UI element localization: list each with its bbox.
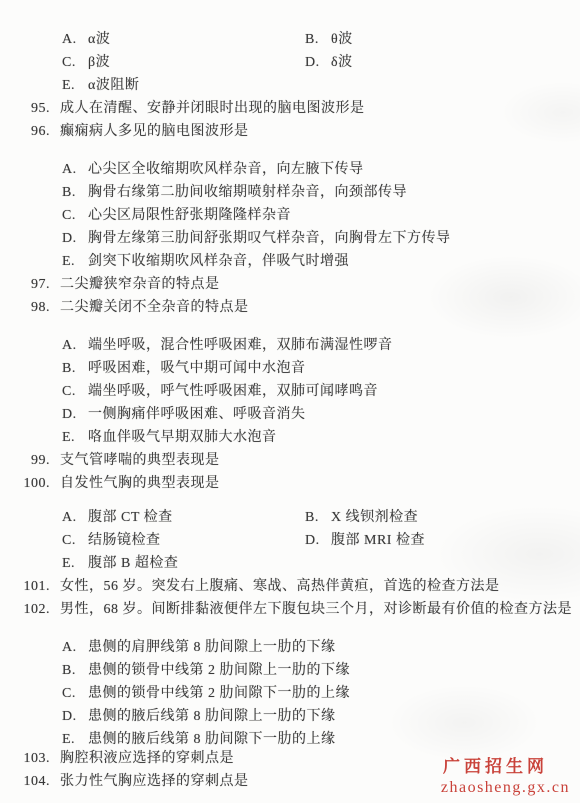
option-label: D. (62, 705, 88, 728)
option-label: D. (62, 227, 88, 250)
question-text: 癫痫病人多见的脑电图波形是 (60, 124, 249, 139)
option-row: A.α波 B.θ波 (0, 28, 580, 51)
option-a: A.端坐呼吸，混合性呼吸困难，双肺布满湿性啰音 (62, 338, 393, 353)
option-text: 患侧的腋后线第 8 肋间隙下一肋的上缘 (88, 732, 336, 747)
watermark-site-name: 广西招生网 (441, 756, 570, 777)
watermark-site-url: zhaosheng.gx.cn (441, 777, 570, 798)
option-text: 呼吸困难，吸气中期可闻中水泡音 (88, 361, 306, 376)
option-text: θ波 (331, 32, 353, 47)
option-text: 端坐呼吸，呼气性呼吸困难，双肺可闻哮鸣音 (88, 384, 378, 399)
option-a: A.患侧的肩胛线第 8 肋间隙上一肋的下缘 (62, 640, 336, 655)
option-label: A. (62, 334, 88, 357)
option-e: E.腹部 B 超检查 (62, 556, 178, 571)
option-d: D.患侧的腋后线第 8 肋间隙上一肋的下缘 (62, 709, 336, 724)
question-number: 99. (12, 449, 50, 472)
option-b: B.胸骨右缘第二肋间收缩期喷射样杂音，向颈部传导 (62, 185, 407, 200)
option-label: A. (62, 506, 88, 529)
option-group: A.心尖区全收缩期吹风样杂音，向左腋下传导 B.胸骨右缘第二肋间收缩期喷射样杂音… (0, 158, 580, 273)
question-number: 102. (12, 598, 50, 621)
option-row: A.端坐呼吸，混合性呼吸困难，双肺布满湿性啰音 (0, 334, 580, 357)
option-row: B.胸骨右缘第二肋间收缩期喷射样杂音，向颈部传导 (0, 181, 580, 204)
option-label: E. (62, 74, 88, 97)
option-label: B. (305, 28, 331, 51)
question-text: 男性，68 岁。间断排黏液便伴左下腹包块三个月，对诊断最有价值的检查方法是 (60, 602, 572, 617)
question-row: 96.癫痫病人多见的脑电图波形是 (0, 120, 580, 143)
option-label: B. (62, 357, 88, 380)
option-row: D.一侧胸痛伴呼吸困难、呼吸音消失 (0, 403, 580, 426)
option-text: 胸骨右缘第二肋间收缩期喷射样杂音，向颈部传导 (88, 185, 407, 200)
option-text: 患侧的肩胛线第 8 肋间隙上一肋的下缘 (88, 640, 336, 655)
option-text: 心尖区局限性舒张期隆隆样杂音 (88, 208, 291, 223)
option-text: 咯血伴吸气早期双肺大水泡音 (88, 430, 277, 445)
option-e: E.剑突下收缩期吹风样杂音，伴吸气时增强 (62, 254, 349, 269)
option-text: 心尖区全收缩期吹风样杂音，向左腋下传导 (88, 162, 364, 177)
question-row: 98.二尖瓣关闭不全杂音的特点是 (0, 296, 580, 319)
option-row: D.胸骨左缘第三肋间舒张期叹气样杂音，向胸骨左下方传导 (0, 227, 580, 250)
option-text: 腹部 MRI 检查 (331, 533, 425, 548)
question-number: 95. (12, 97, 50, 120)
question-number: 100. (12, 472, 50, 495)
option-label: C. (62, 380, 88, 403)
option-text: 胸骨左缘第三肋间舒张期叹气样杂音，向胸骨左下方传导 (88, 231, 451, 246)
option-c: C.β波 (62, 55, 110, 70)
option-row: C.心尖区局限性舒张期隆隆样杂音 (0, 204, 580, 227)
option-label: C. (62, 682, 88, 705)
option-c: C.患侧的锁骨中线第 2 肋间隙下一肋的上缘 (62, 686, 350, 701)
option-b: B.X 线钡剂检查 (305, 506, 418, 529)
question-row: 100.自发性气胸的典型表现是 (0, 472, 580, 495)
watermark: 广西招生网 zhaosheng.gx.cn (441, 756, 570, 798)
option-text: 腹部 CT 检查 (88, 510, 173, 525)
option-d: D.一侧胸痛伴呼吸困难、呼吸音消失 (62, 407, 306, 422)
question-text: 胸腔积液应选择的穿刺点是 (60, 751, 234, 766)
question-text: 二尖瓣关闭不全杂音的特点是 (60, 300, 249, 315)
exam-page-content: A.α波 B.θ波 C.β波 D.δ波 E.α波阻断 95.成人在清醒、安静并闭… (0, 0, 580, 803)
question-text: 女性，56 岁。突发右上腹痛、寒战、高热伴黄疸，首选的检查方法是 (60, 579, 500, 594)
option-label: B. (305, 506, 331, 529)
option-row: C.β波 D.δ波 (0, 51, 580, 74)
question-row: 99.支气管哮喘的典型表现是 (0, 449, 580, 472)
option-c: C.端坐呼吸，呼气性呼吸困难，双肺可闻哮鸣音 (62, 384, 378, 399)
question-number: 96. (12, 120, 50, 143)
option-row: D.患侧的腋后线第 8 肋间隙上一肋的下缘 (0, 705, 580, 728)
question-number: 101. (12, 575, 50, 598)
option-label: D. (305, 529, 331, 552)
option-label: B. (62, 659, 88, 682)
question-row: 102.男性，68 岁。间断排黏液便伴左下腹包块三个月，对诊断最有价值的检查方法… (0, 598, 580, 621)
option-a: A.心尖区全收缩期吹风样杂音，向左腋下传导 (62, 162, 364, 177)
option-label: B. (62, 181, 88, 204)
question-text: 成人在清醒、安静并闭眼时出现的脑电图波形是 (60, 101, 365, 116)
option-label: A. (62, 158, 88, 181)
option-row: B.呼吸困难，吸气中期可闻中水泡音 (0, 357, 580, 380)
option-e: E.咯血伴吸气早期双肺大水泡音 (62, 430, 277, 445)
option-label: A. (62, 636, 88, 659)
option-d: D.δ波 (305, 51, 353, 74)
option-label: E. (62, 426, 88, 449)
option-text: 腹部 B 超检查 (88, 556, 178, 571)
option-a: A.α波 (62, 32, 110, 47)
option-c: C.结肠镜检查 (62, 533, 161, 548)
option-e: E.α波阻断 (62, 78, 139, 93)
option-row: C.端坐呼吸，呼气性呼吸困难，双肺可闻哮鸣音 (0, 380, 580, 403)
option-group: A.α波 B.θ波 C.β波 D.δ波 E.α波阻断 (0, 28, 580, 97)
question-number: 97. (12, 273, 50, 296)
question-row: 95.成人在清醒、安静并闭眼时出现的脑电图波形是 (0, 97, 580, 120)
question-number: 98. (12, 296, 50, 319)
option-d: D.腹部 MRI 检查 (305, 529, 425, 552)
option-c: C.心尖区局限性舒张期隆隆样杂音 (62, 208, 291, 223)
option-b: B.患侧的锁骨中线第 2 肋间隙上一肋的下缘 (62, 663, 350, 678)
option-label: C. (62, 204, 88, 227)
question-number: 103. (12, 747, 50, 770)
option-label: A. (62, 28, 88, 51)
option-b: B.呼吸困难，吸气中期可闻中水泡音 (62, 361, 306, 376)
option-row: A.心尖区全收缩期吹风样杂音，向左腋下传导 (0, 158, 580, 181)
option-label: E. (62, 250, 88, 273)
question-number: 104. (12, 770, 50, 793)
option-text: 端坐呼吸，混合性呼吸困难，双肺布满湿性啰音 (88, 338, 393, 353)
option-row: A.腹部 CT 检查 B.X 线钡剂检查 (0, 506, 580, 529)
option-text: 剑突下收缩期吹风样杂音，伴吸气时增强 (88, 254, 349, 269)
option-group: A.端坐呼吸，混合性呼吸困难，双肺布满湿性啰音 B.呼吸困难，吸气中期可闻中水泡… (0, 334, 580, 449)
option-text: 患侧的锁骨中线第 2 肋间隙上一肋的下缘 (88, 663, 350, 678)
question-text: 张力性气胸应选择的穿刺点是 (60, 774, 249, 789)
option-row: A.患侧的肩胛线第 8 肋间隙上一肋的下缘 (0, 636, 580, 659)
question-row: 101.女性，56 岁。突发右上腹痛、寒战、高热伴黄疸，首选的检查方法是 (0, 575, 580, 598)
option-row: C.结肠镜检查 D.腹部 MRI 检查 (0, 529, 580, 552)
option-text: δ波 (331, 55, 353, 70)
option-text: 结肠镜检查 (88, 533, 161, 548)
option-row: B.患侧的锁骨中线第 2 肋间隙上一肋的下缘 (0, 659, 580, 682)
option-text: β波 (88, 55, 110, 70)
option-text: α波阻断 (88, 78, 139, 93)
option-b: B.θ波 (305, 28, 353, 51)
option-label: E. (62, 552, 88, 575)
option-d: D.胸骨左缘第三肋间舒张期叹气样杂音，向胸骨左下方传导 (62, 231, 451, 246)
option-row: E.腹部 B 超检查 (0, 552, 580, 575)
scanned-exam-page: { "blocks": [ { "options": [ { "label": … (0, 0, 580, 803)
option-row: C.患侧的锁骨中线第 2 肋间隙下一肋的上缘 (0, 682, 580, 705)
option-text: α波 (88, 32, 110, 47)
option-text: 患侧的腋后线第 8 肋间隙上一肋的下缘 (88, 709, 336, 724)
option-label: D. (305, 51, 331, 74)
option-row: E.α波阻断 (0, 74, 580, 97)
option-label: C. (62, 51, 88, 74)
question-text: 自发性气胸的典型表现是 (60, 476, 220, 491)
option-group: A.腹部 CT 检查 B.X 线钡剂检查 C.结肠镜检查 D.腹部 MRI 检查… (0, 506, 580, 575)
option-text: X 线钡剂检查 (331, 510, 418, 525)
option-a: A.腹部 CT 检查 (62, 510, 173, 525)
question-text: 二尖瓣狭窄杂音的特点是 (60, 277, 220, 292)
option-row: E.剑突下收缩期吹风样杂音，伴吸气时增强 (0, 250, 580, 273)
option-text: 一侧胸痛伴呼吸困难、呼吸音消失 (88, 407, 306, 422)
question-row: 97.二尖瓣狭窄杂音的特点是 (0, 273, 580, 296)
option-group: A.患侧的肩胛线第 8 肋间隙上一肋的下缘 B.患侧的锁骨中线第 2 肋间隙上一… (0, 636, 580, 751)
option-label: C. (62, 529, 88, 552)
question-text: 支气管哮喘的典型表现是 (60, 453, 220, 468)
option-row: E.咯血伴吸气早期双肺大水泡音 (0, 426, 580, 449)
option-text: 患侧的锁骨中线第 2 肋间隙下一肋的上缘 (88, 686, 350, 701)
option-label: D. (62, 403, 88, 426)
option-e: E.患侧的腋后线第 8 肋间隙下一肋的上缘 (62, 732, 336, 747)
